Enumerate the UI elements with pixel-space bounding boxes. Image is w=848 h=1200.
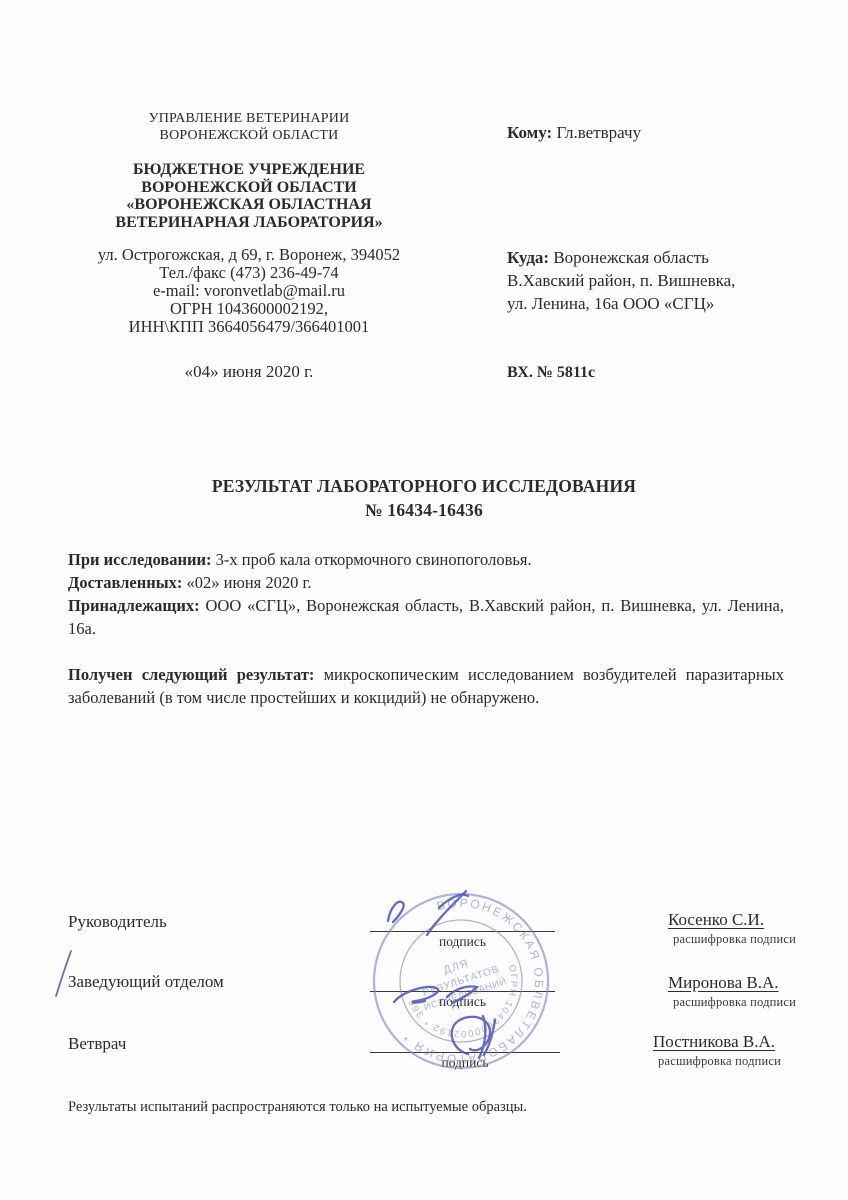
footer-note: Результаты испытаний распространяются то… xyxy=(68,1099,527,1116)
authority-line: ВОРОНЕЖСКОЙ ОБЛАСТИ xyxy=(63,127,435,144)
paragraph-examined-text: 3-х проб кала откормочного свинопоголовь… xyxy=(212,550,532,569)
decryption-label: расшифровка подписи xyxy=(668,995,796,1010)
signature-caption: подпись xyxy=(370,934,555,950)
institution-line: «ВОРОНЕЖСКАЯ ОБЛАСТНАЯ xyxy=(63,196,435,214)
recipient-where-value: Воронежская область xyxy=(549,248,709,267)
sender-email: e-mail: voronvetlab@mail.ru xyxy=(63,282,435,300)
recipient-to: Кому: Гл.ветврачу xyxy=(507,123,807,143)
signatory-name: Косенко С.И. xyxy=(668,910,764,929)
signature-role-director: Руководитель xyxy=(68,912,167,932)
signature-line: подпись xyxy=(370,931,555,950)
stamp-center-line1: ДЛЯ xyxy=(442,957,471,976)
paragraph-delivered: Доставленных: «02» июня 2020 г. xyxy=(68,571,784,594)
paragraph-examined-label: При исследовании: xyxy=(68,550,212,569)
signatory-name: Постникова В.А. xyxy=(653,1032,775,1051)
sender-phone: Тел./факс (473) 236-49-74 xyxy=(63,264,435,282)
paragraph-owner: Принадлежащих: ООО «СГЦ», Воронежская об… xyxy=(68,594,784,640)
scanned-letter-page: УПРАВЛЕНИЕ ВЕТЕРИНАРИИ ВОРОНЕЖСКОЙ ОБЛАС… xyxy=(0,0,848,1200)
signatory-name: Миронова В.А. xyxy=(668,973,779,992)
document-title: РЕЗУЛЬТАТ ЛАБОРАТОРНОГО ИССЛЕДОВАНИЯ № 1… xyxy=(0,474,848,522)
decryption-label: расшифровка подписи xyxy=(653,1054,781,1069)
handwritten-signature-director xyxy=(427,891,466,935)
recipient-where: Куда: Воронежская область В.Хавский райо… xyxy=(507,246,807,315)
stamp-inner-ring xyxy=(384,904,538,1058)
handwritten-signature-vet xyxy=(484,1020,495,1055)
letter-body: При исследовании: 3-х проб кала откормоч… xyxy=(68,548,784,709)
signature-caption: подпись xyxy=(370,994,555,1010)
signature-name-block: Постникова В.А. расшифровка подписи xyxy=(653,1032,781,1069)
handwritten-signature-director xyxy=(388,902,404,922)
document-title-number: № 16434-16436 xyxy=(0,498,848,522)
recipient-where-line: ул. Ленина, 16а ООО «СГЦ» xyxy=(507,292,807,315)
letter-date: «04» июня 2020 г. xyxy=(63,362,435,382)
paragraph-result: Получен следующий результат: микроскопич… xyxy=(68,663,784,709)
sender-authority: УПРАВЛЕНИЕ ВЕТЕРИНАРИИ ВОРОНЕЖСКОЙ ОБЛАС… xyxy=(63,110,435,144)
paragraph-owner-label: Принадлежащих: xyxy=(68,596,200,615)
signature-name-block: Косенко С.И. расшифровка подписи xyxy=(668,910,796,947)
signature-name-block: Миронова В.А. расшифровка подписи xyxy=(668,973,796,1010)
paragraph-delivered-text: «02» июня 2020 г. xyxy=(182,573,311,592)
sender-institution: БЮДЖЕТНОЕ УЧРЕЖДЕНИЕ ВОРОНЕЖСКОЙ ОБЛАСТИ… xyxy=(63,161,435,231)
signature-role-vet: Ветврач xyxy=(68,1034,126,1054)
handwritten-signature-director xyxy=(439,895,468,908)
signature-line: подпись xyxy=(370,991,555,1010)
recipient-where-label: Куда: xyxy=(507,248,549,267)
sender-address: ул. Острогожская, д 69, г. Воронеж, 3940… xyxy=(63,246,435,264)
sender-ogrn: ОГРН 1043600002192, xyxy=(63,300,435,318)
institution-line: ВОРОНЕЖСКОЙ ОБЛАСТИ xyxy=(63,179,435,197)
signature-caption: подпись xyxy=(370,1055,560,1071)
paragraph-result-label: Получен следующий результат: xyxy=(68,665,314,684)
handwritten-signature-vet xyxy=(452,1017,490,1054)
paragraph-delivered-label: Доставленных: xyxy=(68,573,182,592)
institution-line: ВЕТЕРИНАРНАЯ ЛАБОРАТОРИЯ» xyxy=(63,214,435,232)
incoming-number: ВХ. № 5811с xyxy=(507,364,595,382)
document-title-line1: РЕЗУЛЬТАТ ЛАБОРАТОРНОГО ИССЛЕДОВАНИЯ xyxy=(0,474,848,498)
decryption-label: расшифровка подписи xyxy=(668,932,796,947)
sender-contacts: ул. Острогожская, д 69, г. Воронеж, 3940… xyxy=(63,246,435,336)
sender-inn-kpp: ИНН\КПП 3664056479/366401001 xyxy=(63,318,435,336)
recipient-to-label: Кому: xyxy=(507,123,552,142)
signature-role-head-of-department: Заведующий отделом xyxy=(68,972,224,992)
recipient-where-line: Куда: Воронежская область xyxy=(507,246,807,269)
signature-line: подпись xyxy=(370,1052,560,1071)
institution-line: БЮДЖЕТНОЕ УЧРЕЖДЕНИЕ xyxy=(63,161,435,179)
authority-line: УПРАВЛЕНИЕ ВЕТЕРИНАРИИ xyxy=(63,110,435,127)
paragraph-examined: При исследовании: 3-х проб кала откормоч… xyxy=(68,548,784,571)
recipient-to-value: Гл.ветврачу xyxy=(552,123,641,142)
recipient-where-line: В.Хавский район, п. Вишневка, xyxy=(507,269,807,292)
